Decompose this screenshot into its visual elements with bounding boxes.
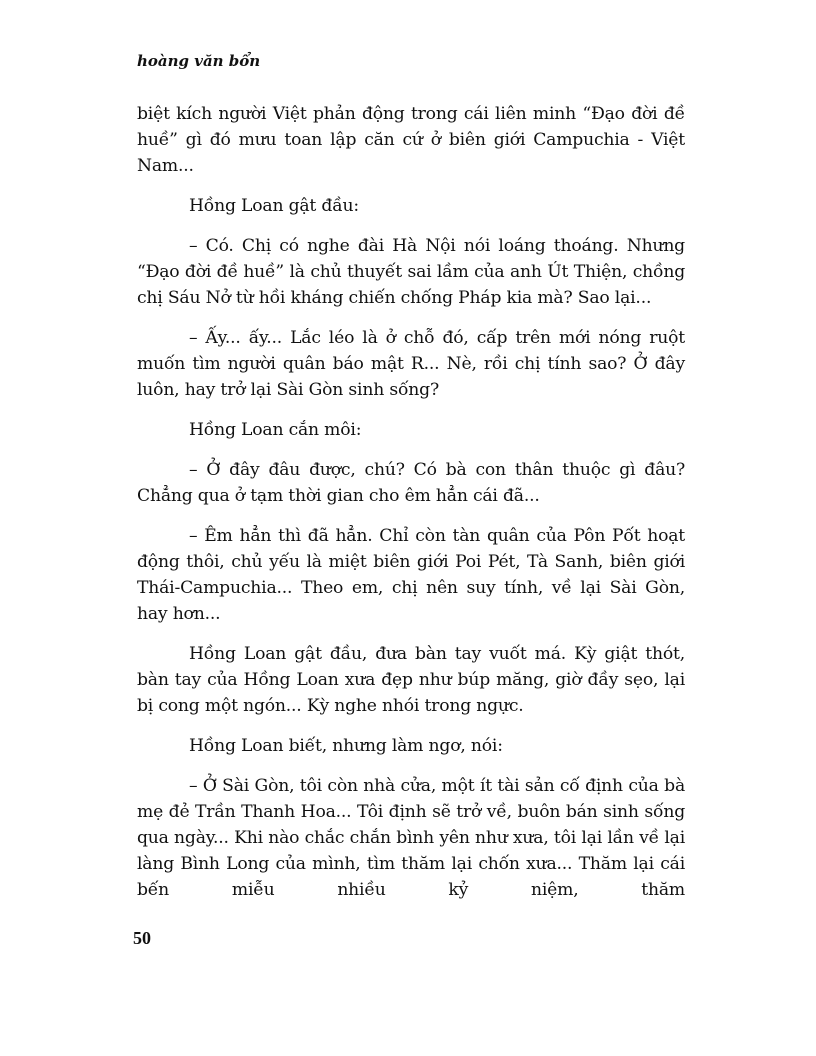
body-text: biệt kích người Việt phản động trong cái… — [137, 101, 685, 917]
paragraph: – Có. Chị có nghe đài Hà Nội nói loáng t… — [137, 233, 685, 311]
paragraph: – Ở đây đâu được, chú? Có bà con thân th… — [137, 457, 685, 509]
paragraph: – Ở Sài Gòn, tôi còn nhà cửa, một ít tài… — [137, 773, 685, 903]
book-page: hoàng văn bổn biệt kích người Việt phản … — [0, 0, 816, 1056]
paragraph: Hồng Loan gật đầu, đưa bàn tay vuốt má. … — [137, 641, 685, 719]
paragraph: – Ấy... ấy... Lắc léo là ở chỗ đó, cấp t… — [137, 325, 685, 403]
paragraph: Hồng Loan biết, nhưng làm ngơ, nói: — [137, 733, 685, 759]
paragraph: – Êm hẳn thì đã hẳn. Chỉ còn tàn quân củ… — [137, 523, 685, 627]
page-number: 50 — [133, 928, 151, 949]
running-head: hoàng văn bổn — [137, 52, 260, 70]
paragraph: Hồng Loan gật đầu: — [137, 193, 685, 219]
paragraph: Hồng Loan cắn môi: — [137, 417, 685, 443]
paragraph: biệt kích người Việt phản động trong cái… — [137, 101, 685, 179]
